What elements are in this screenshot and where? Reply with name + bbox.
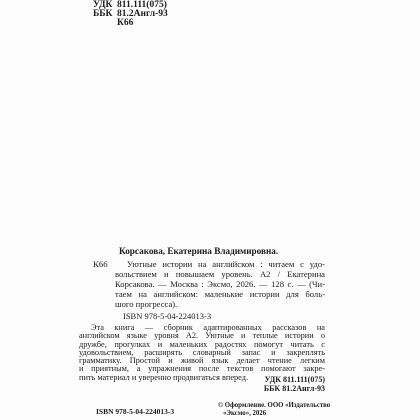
text-line: вольствием и повышаем уровень. А2 / Екат…	[115, 269, 325, 279]
text-line: таем на английском: маленькие истории дл…	[115, 289, 325, 299]
text-line: английском языке уровня А2. Уютные и теп…	[79, 332, 325, 340]
bbk-bottom: ББК 81.2Англ-93	[264, 384, 325, 393]
author-heading: Корсакова, Екатерина Владимировна.	[119, 246, 325, 256]
text-line: Эта книга — сборник адаптированных расск…	[79, 324, 325, 332]
text-line: Корсакова. — Москва : Эксмо, 2026. — 128…	[115, 279, 325, 289]
record-text: Уютные истории на английском : читаем с …	[115, 259, 325, 309]
text-line: Уютные истории на английском : читаем с …	[115, 259, 325, 269]
text-line: шого прогресса).	[115, 299, 325, 309]
copyright-line2: «Эксмо», 2026	[223, 410, 330, 418]
catalog-card: Корсакова, Екатерина Владимировна. К66 У…	[79, 246, 325, 382]
bbk-label: ББК	[93, 10, 117, 19]
udk-bottom: УДК 811.111(075)	[264, 375, 325, 384]
isbn-record-line: ISBN 978-5-04-224013-3	[123, 312, 325, 320]
text-line: грамматику. Простой и живой язык делает …	[79, 357, 325, 365]
text-line: удовольствием, расширять словарный запас…	[79, 349, 325, 357]
text-line: и приятным, а упражнения после текстов п…	[79, 365, 325, 373]
top-classification-codes: УДК811.111(075) ББК81.2Англ-93 К66	[93, 1, 168, 29]
author-sign-record: К66	[93, 259, 108, 269]
copyright-notice: © Оформление. ООО «Издательство «Эксмо»,…	[218, 402, 330, 417]
footer-isbn: ISBN 978-5-04-224013-3	[96, 407, 174, 416]
text-line: дружбе, прогулках и маленьких радостях п…	[79, 341, 325, 349]
author-sign: К66	[117, 18, 133, 28]
annotation-text: Эта книга — сборник адаптированных расск…	[79, 324, 325, 382]
book-imprint-page: УДК811.111(075) ББК81.2Англ-93 К66 Корса…	[0, 0, 420, 420]
bibliographic-record: К66 Уютные истории на английском : читае…	[115, 259, 325, 309]
copyright-line1: © Оформление. ООО «Издательство	[218, 402, 330, 410]
bottom-classification-codes: УДК 811.111(075) ББК 81.2Англ-93	[264, 375, 325, 393]
author-sign-row: К66	[93, 19, 168, 28]
